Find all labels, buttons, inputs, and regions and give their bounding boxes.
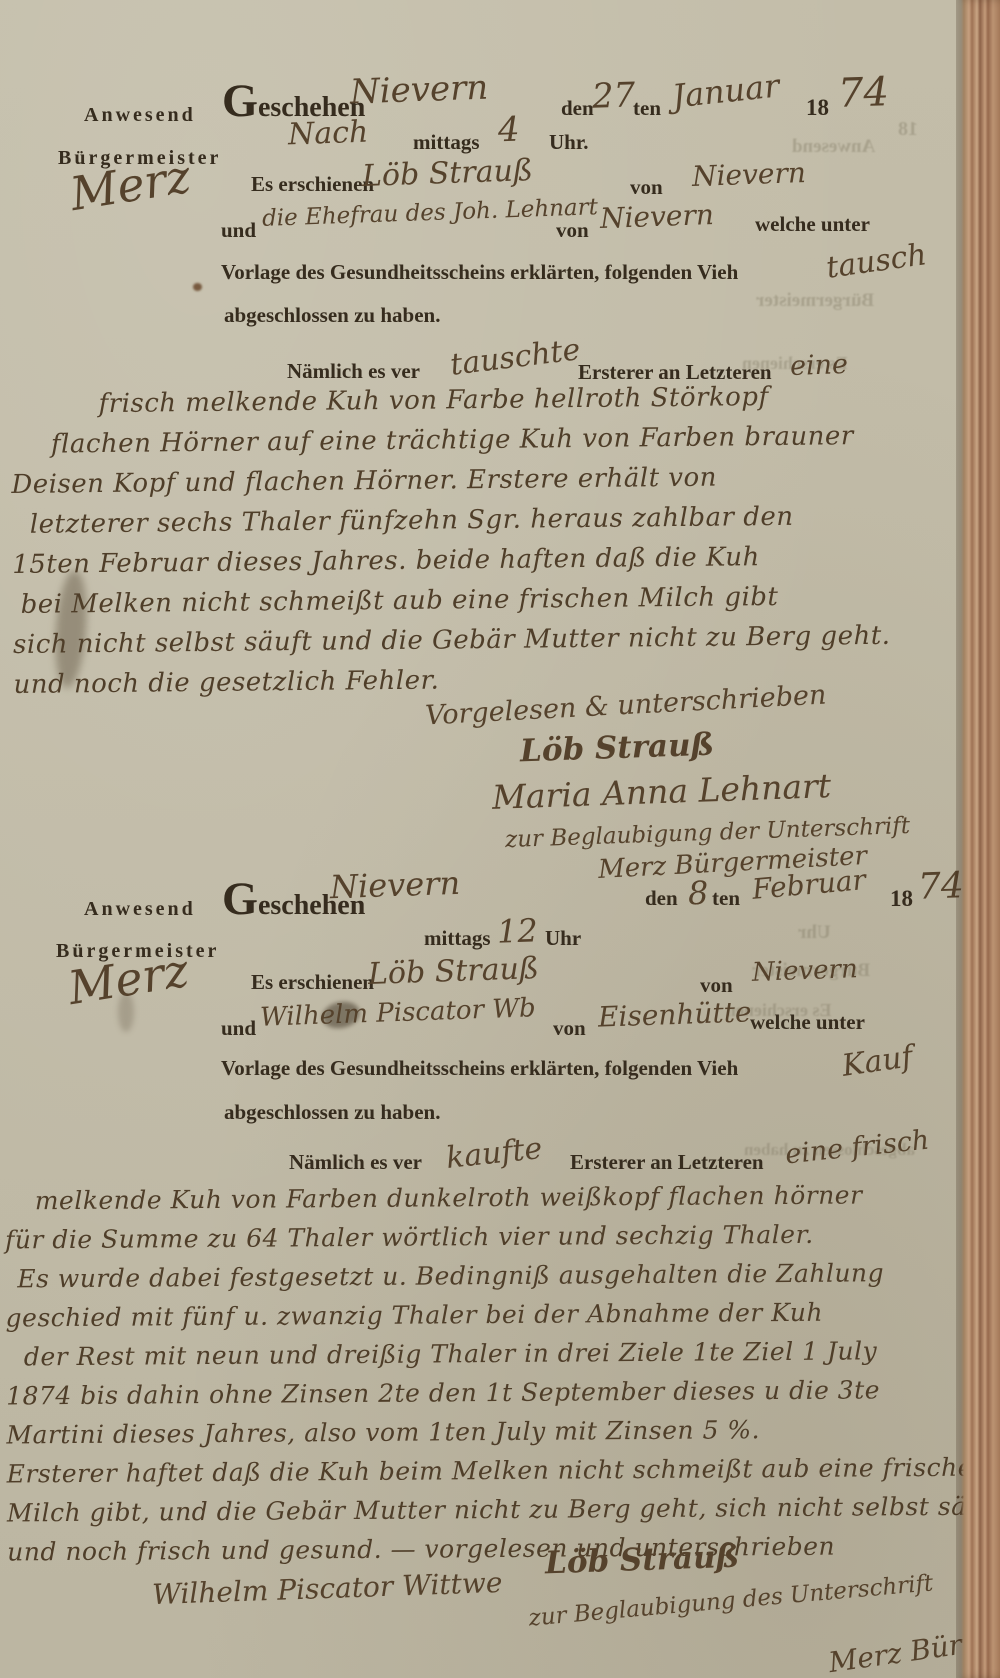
handwritten-line: geschied mit fünf u. zwanzig Thaler bei … <box>5 1292 997 1338</box>
label-anwesend: Anwesend <box>84 104 196 127</box>
label-es-erschienen: Es erschienen <box>251 172 374 197</box>
label-uhr: Uhr. <box>549 130 589 155</box>
label-ersterer: Ersterer an Letzteren <box>570 1150 764 1175</box>
handwritten-line: 1874 bis dahin ohne Zinsen 2te den 1t Se… <box>6 1370 998 1416</box>
bleedthrough-text: Bürgermeister <box>756 290 874 312</box>
day-entry: 27 <box>591 75 636 116</box>
verb-entry: tauschte <box>448 332 582 383</box>
signature-buyer: Maria Anna Lehnart <box>491 766 831 817</box>
label-den: den <box>561 96 594 121</box>
label-ten: ten <box>712 886 740 911</box>
label-welche-unter: welche unter <box>755 212 870 237</box>
label-abgeschlossen: abgeschlossen zu haben. <box>224 1100 440 1125</box>
label-welche-unter: welche unter <box>750 1010 865 1035</box>
bleedthrough-text: Uhr <box>798 922 831 944</box>
time-prefix-entry: Nach <box>287 115 368 153</box>
day-entry: 8 <box>687 874 709 913</box>
label-year-prefix: 18 <box>806 95 829 121</box>
document-scan: Anwesend Bürgermeister Es erschienen 18 … <box>0 0 1000 1678</box>
hour-entry: 12 <box>496 911 538 950</box>
handwritten-line: Es wurde dabei festgesetzt u. Bedingniß … <box>5 1253 997 1299</box>
handwritten-line: der Rest mit neun und dreißig Thaler in … <box>6 1331 998 1377</box>
signature-seller: Löb Strauß <box>544 1539 739 1582</box>
label-von: von <box>630 175 663 200</box>
place-entry: Nievern <box>329 864 460 907</box>
bleedthrough-text: 18 <box>898 118 918 141</box>
label-mittags: mittags <box>424 926 491 951</box>
label-es-erschienen: Es erschienen <box>251 970 374 995</box>
label-ten: ten <box>633 96 661 121</box>
hour-entry: 4 <box>497 110 520 151</box>
label-uhr: Uhr <box>545 926 581 951</box>
party1-place-entry: Nievern <box>752 954 859 988</box>
verb-entry: kaufte <box>444 1131 543 1176</box>
label-von: von <box>556 218 589 243</box>
party1-entry: Löb Strauß <box>367 951 539 992</box>
handwritten-line: melkende Kuh von Farben dunkelroth weißk… <box>5 1175 997 1221</box>
label-und: und <box>221 1016 256 1041</box>
party1-entry: Löb Strauß <box>361 153 533 194</box>
label-abgeschlossen: abgeschlossen zu haben. <box>224 303 440 328</box>
signature-buyer: Wilhelm Piscator Wittwe <box>152 1566 503 1611</box>
label-von: von <box>553 1016 586 1041</box>
party2-place-entry: Nievern <box>599 198 714 235</box>
label-vorlage: Vorlage des Gesundheitsscheins erklärten… <box>221 1056 738 1081</box>
party2-entry: die Ehefrau des Joh. Lehnart <box>262 194 599 232</box>
handwritten-line: Martini dieses Jahres, also vom 1ten Jul… <box>6 1409 998 1455</box>
ink-spot <box>193 283 202 291</box>
label-anwesend: Anwesend <box>84 898 196 921</box>
label-mittags: mittags <box>413 130 480 155</box>
label-den: den <box>645 886 678 911</box>
bleedthrough-text: Anwesend <box>792 136 875 158</box>
party1-place-entry: Nievern <box>691 156 806 193</box>
handwritten-line: Milch gibt, und die Gebär Mutter nicht z… <box>7 1487 999 1533</box>
signature-seller: Löb Strauß <box>519 727 714 770</box>
deal-type-entry: tausch <box>824 237 929 286</box>
deal-type-entry: Kauf <box>840 1039 915 1084</box>
record2-body: melkende Kuh von Farben dunkelroth weißk… <box>5 1175 1000 1572</box>
label-von: von <box>700 973 733 998</box>
label-year-prefix: 18 <box>890 886 913 912</box>
place-entry: Nievern <box>349 68 489 113</box>
label-naemlich: Nämlich es ver <box>289 1150 422 1175</box>
handwritten-line: für die Summe zu 64 Thaler wörtlich vier… <box>5 1214 997 1260</box>
label-vorlage: Vorlage des Gesundheitsscheins erklärten… <box>221 260 738 285</box>
year-entry: 74 <box>837 69 889 117</box>
book-page-edge <box>956 0 1000 1678</box>
handwritten-line: und noch frisch und gesund. — vorgelesen… <box>7 1526 999 1572</box>
label-und: und <box>221 218 256 243</box>
party2-place-entry: Eisenhütte <box>597 995 752 1033</box>
record1-body: frisch melkende Kuh von Farbe hellroth S… <box>10 375 963 705</box>
month-entry: Januar <box>670 66 781 115</box>
lead-in-entry: eine frisch <box>784 1125 931 1171</box>
party2-entry: Wilhelm Piscator Wb <box>260 993 537 1033</box>
handwritten-line: Ersterer haftet daß die Kuh beim Melken … <box>7 1448 999 1494</box>
